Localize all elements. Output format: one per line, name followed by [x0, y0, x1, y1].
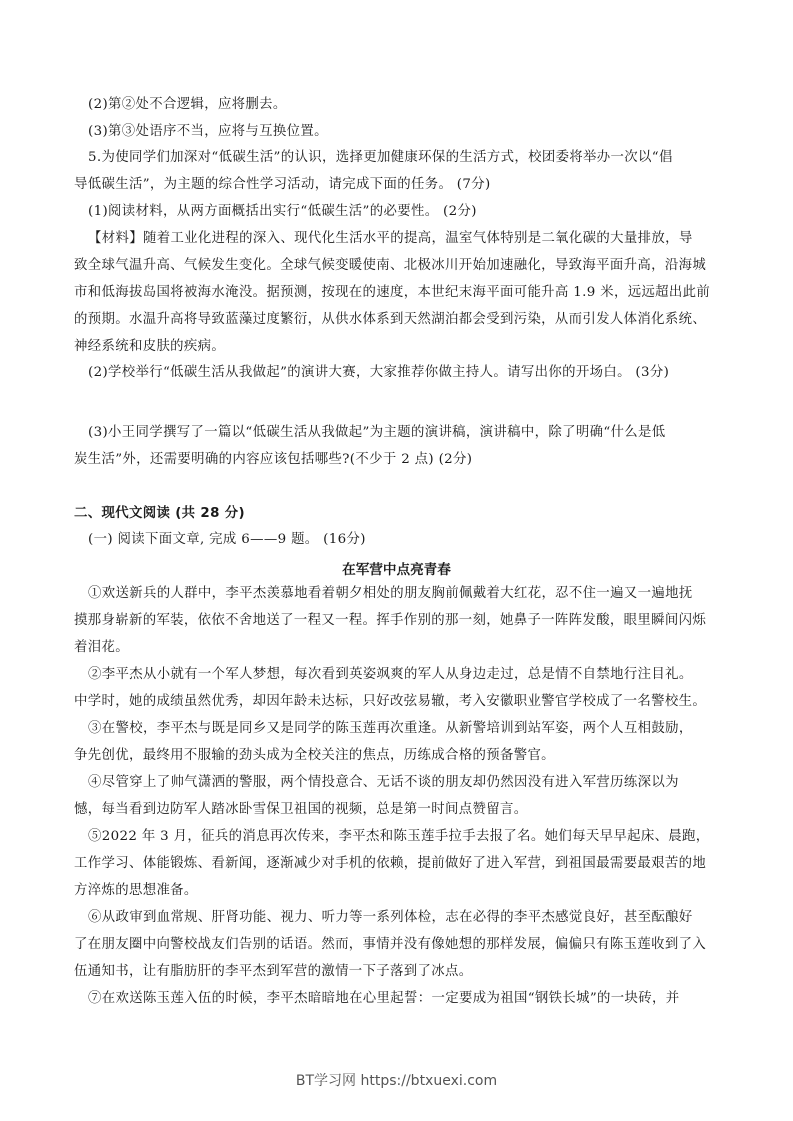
question-5-line-2: 导低碳生活”，为主题的综合性学习活动，请完成下面的任务。 (7分) — [74, 176, 720, 194]
answer-line-2: (2)第②处不合逻辑，应将删去。 — [88, 96, 720, 114]
question-5-line-1: 5.为使同学们加深对“低碳生活”的认识，选择更加健康环保的生活方式，校团委将举办… — [88, 149, 720, 167]
paragraph-line: ③在警校，李平杰与既是同乡又是同学的陈玉莲再次重逢。从新警培训到站军姿，两个人互… — [88, 720, 720, 738]
material-line-2: 致全球气温升高、气候发生变化。全球气候变暖使南、北极冰川开始加速融化，导致海平面… — [74, 257, 720, 275]
question-5-sub-3-line-1: (3)小王同学撰写了一篇以“低碳生活从我做起”为主题的演讲稿，演讲稿中，除了明确… — [88, 424, 720, 442]
paragraph-line: 着泪花。 — [74, 639, 720, 657]
material-line-5: 神经系统和皮肤的疾病。 — [74, 338, 720, 356]
paragraph-line: ①欢送新兵的人群中，李平杰羡慕地看着朝夕相处的朋友胸前佩戴着大红花，忍不住一遍又… — [88, 585, 720, 603]
article-title: 在军营中点亮青春 — [0, 558, 793, 578]
paragraph-line: 中学时，她的成绩虽然优秀，却因年龄未达标，只好改弦易辙，考入安徽职业警官学校成了… — [74, 693, 720, 711]
paragraph-line: ④尽管穿上了帅气潇洒的警服，两个情投意合、无话不谈的朋友却仍然因没有进入军营历练… — [88, 774, 720, 792]
paragraph-line: 工作学习、体能锻炼、看新闻，逐渐减少对手机的依赖，提前做好了进入军营，到祖国最需… — [74, 855, 720, 873]
paragraph-line: ⑥从政审到血常规、肝肾功能、视力、听力等一系列体检，志在必得的李平杰感觉良好，甚… — [88, 909, 720, 927]
material-line-4: 的预期。水温升高将导致蓝藻过度繁衍，从供水体系到天然湖泊都会受到污染，从而引发人… — [74, 311, 720, 329]
paragraph-line: 憾，每当看到边防军人踏冰卧雪保卫祖国的视频，总是第一时间点赞留言。 — [74, 801, 720, 819]
question-5-sub-1: (1)阅读材料，从两方面概括出实行“低碳生活”的必要性。 (2分) — [88, 203, 720, 221]
paragraph-line: 伍通知书，让有脂肪肝的李平杰到军营的激情一下子落到了冰点。 — [74, 963, 720, 981]
question-5-sub-3-line-2: 炭生活”外，还需要明确的内容应该包括哪些?(不少于 2 点) (2分) — [74, 451, 720, 469]
paragraph-line: ⑤2022 年 3 月，征兵的消息再次传来，李平杰和陈玉莲手拉手去报了名。她们每… — [88, 828, 720, 846]
paragraph-line: 争先创优，最终用不服输的劲头成为全校关注的焦点，历练成合格的预备警官。 — [74, 747, 720, 765]
material-line-3: 市和低海拔岛国将被海水淹没。据预测，按现在的速度，本世纪末海平面可能升高 1.9… — [74, 284, 720, 302]
paragraph-line: 方淬炼的思想准备。 — [74, 882, 720, 900]
paragraph-line: 了在朋友圈中向警校战友们告别的话语。然而，事情并没有像她想的那样发展，偏偏只有陈… — [74, 936, 720, 954]
watermark-footer: BT学习网 https://btxuexi.com — [0, 1070, 793, 1090]
paragraph-line: 摸那身崭新的军装，依依不舍地送了一程又一程。挥手作别的那一刻，她鼻子一阵阵发酸，… — [74, 612, 720, 630]
paragraph-line: ②李平杰从小就有一个军人梦想，每次看到英姿飒爽的军人从身边走过，总是情不自禁地行… — [88, 666, 720, 684]
section-heading: 二、现代文阅读 (共 28 分) — [74, 505, 720, 523]
material-line-1: 【材料】随着工业化进程的深入、现代化生活水平的提高，温室气体特别是二氧化碳的大量… — [88, 230, 720, 248]
question-5-sub-2: (2)学校举行“低碳生活从我做起”的演讲大赛，大家推荐你做主持人。请写出你的开场… — [88, 364, 720, 382]
section-subheading: (一) 阅读下面文章, 完成 6——9 题。 (16分) — [88, 531, 720, 549]
answer-line-3: (3)第③处语序不当，应将与互换位置。 — [88, 123, 720, 141]
paragraph-line: ⑦在欢送陈玉莲入伍的时候，李平杰暗暗地在心里起誓：一定要成为祖国“钢铁长城”的一… — [88, 990, 720, 1008]
document-page: (2)第②处不合逻辑，应将删去。 (3)第③处语序不当，应将与互换位置。 5.为… — [0, 0, 793, 1121]
